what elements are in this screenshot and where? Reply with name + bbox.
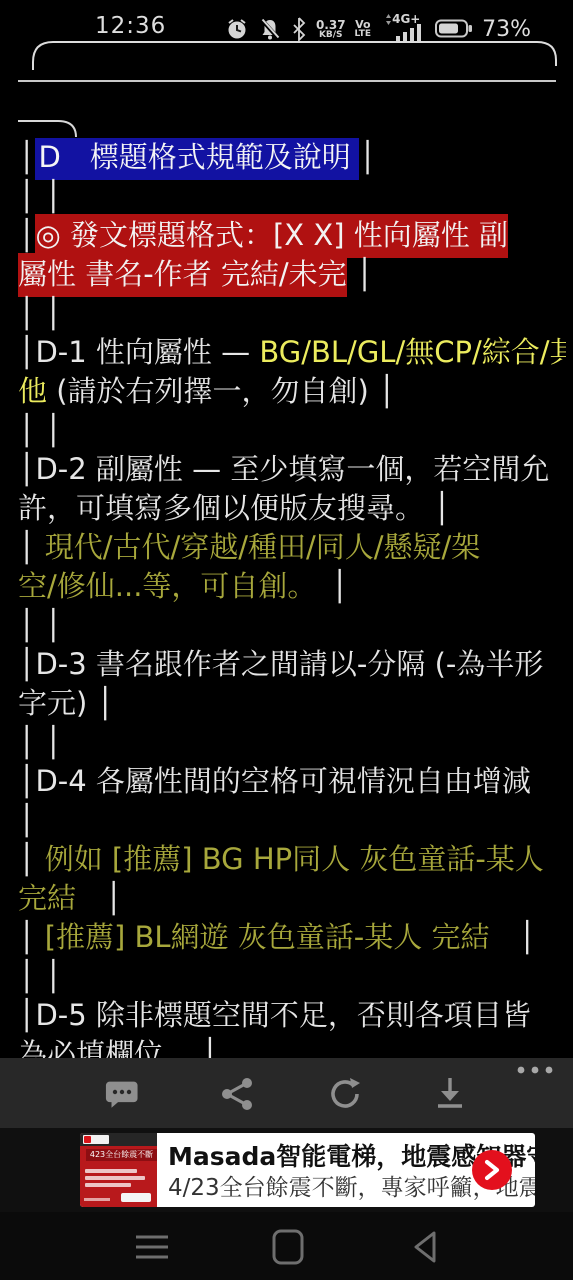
ad-thumb-badge: 423全台餘震不斷 — [86, 1149, 157, 1161]
phone-screen: 12:36 0.37 KB/S Vo — [0, 0, 573, 1280]
terminal-segment: 現代/古代/穿越/種田/同人/懸疑/架 — [45, 530, 481, 564]
more-options-icon[interactable] — [513, 1062, 557, 1078]
terminal-row: │ │ — [18, 177, 566, 216]
terminal-row: 他 (請於右列擇一，勿自創) │ — [18, 372, 566, 411]
ad-card[interactable]: 423全台餘震不斷 Masada智能電梯，地震感知器守護安全 4/23全台餘震不… — [80, 1133, 535, 1207]
terminal-segment: │ │ — [18, 608, 62, 642]
refresh-icon[interactable] — [327, 1076, 363, 1112]
terminal-segment: 他 — [18, 374, 47, 408]
ad-title: Masada智能電梯，地震感知器守護安全 — [168, 1140, 481, 1173]
terminal-segment: (請於右列擇一，勿自創) │ — [47, 374, 396, 408]
terminal-row: │D-2 副屬性 — 至少填寫一個，若空間允 — [18, 450, 566, 489]
terminal-segment: │ │ — [18, 413, 62, 447]
chevron-right-icon — [483, 1159, 501, 1181]
terminal-segment: │ — [18, 998, 35, 1032]
app-frame-border — [33, 42, 556, 70]
terminal-segment: [推薦] BL網遊 灰色童話-某人 完結 — [45, 920, 490, 954]
terminal-segment: │ │ — [18, 959, 62, 993]
android-nav-bar — [0, 1212, 573, 1280]
ad-thumb-textline — [85, 1169, 137, 1173]
terminal-segment: │ — [490, 920, 536, 954]
terminal-segment: 為必填欄位。 │ — [18, 1037, 219, 1059]
ad-banner-strip: 423全台餘震不斷 Masada智能電梯，地震感知器守護安全 4/23全台餘震不… — [0, 1128, 573, 1212]
terminal-row: 完結 │ — [18, 879, 566, 918]
ad-cta-button[interactable] — [472, 1150, 512, 1190]
terminal-row: │D-1 性向屬性 — BG/BL/GL/無CP/綜合/其 — [18, 333, 566, 372]
terminal-segment: │ — [347, 257, 374, 291]
terminal-segment: │ — [18, 647, 35, 681]
terminal-row: 為必填欄位。 │ — [18, 1035, 566, 1059]
terminal-segment: ◎ 發文標題格式：[X X] 性向屬性 副 — [35, 214, 508, 258]
terminal-row: │D 標題格式規範及說明│ — [18, 138, 566, 177]
terminal-segment: 空/修仙...等，可自創。 — [18, 569, 302, 603]
terminal-segment: 字元) │ — [18, 686, 114, 720]
terminal-segment: │ — [18, 452, 35, 486]
terminal-row: │ — [18, 801, 566, 840]
terminal-row: │◎ 發文標題格式：[X X] 性向屬性 副 — [18, 216, 566, 255]
terminal-segment: │ — [18, 842, 45, 876]
terminal-segment: D-2 副屬性 — 至少填寫一個，若空間允 — [35, 452, 549, 486]
terminal-segment: D-1 性向屬性 — — [35, 335, 259, 369]
terminal-row: │ │ — [18, 294, 566, 333]
ad-thumb-textline — [85, 1183, 131, 1187]
recent-apps-icon[interactable] — [132, 1229, 172, 1265]
terminal-row: │D-3 書名跟作者之間請以-分隔 (-為半形 — [18, 645, 566, 684]
terminal-segment: │ │ — [18, 296, 62, 330]
terminal-text: │D 標題格式規範及說明││ ││◎ 發文標題格式：[X X] 性向屬性 副屬性… — [18, 138, 566, 1059]
terminal-segment: │ — [18, 140, 35, 174]
masada-logo — [83, 1135, 109, 1144]
terminal-segment: │ — [18, 803, 35, 837]
terminal-row: │ │ — [18, 957, 566, 996]
ansi-corner-line — [18, 121, 76, 137]
ad-thumb-textline — [84, 1198, 110, 1201]
terminal-segment: D-4 各屬性間的空格可視情況自由增減 — [35, 764, 530, 798]
terminal-segment: D-5 除非標題空間不足，否則各項目皆 — [35, 998, 530, 1032]
terminal-segment: BG/BL/GL/無CP/綜合/其 — [259, 335, 566, 369]
terminal-segment: │ │ — [18, 725, 62, 759]
terminal-row: 屬性 書名-作者 完結/未完 │ — [18, 255, 566, 294]
terminal-row: │ [推薦] BL網遊 灰色童話-某人 完結 │ — [18, 918, 566, 957]
terminal-segment: 許，可填寫多個以便版友搜尋。 │ — [18, 491, 451, 525]
terminal-segment: 例如 [推薦] BG HP同人 灰色童話-某人 — [45, 842, 544, 876]
screen-frame-lines — [0, 0, 573, 140]
terminal-segment: │ │ — [18, 179, 62, 213]
home-icon[interactable] — [268, 1229, 308, 1265]
terminal-segment: │ — [76, 881, 122, 915]
terminal-row: │ │ — [18, 411, 566, 450]
terminal-row: │ 現代/古代/穿越/種田/同人/懸疑/架 — [18, 528, 566, 567]
terminal-row: │ │ — [18, 723, 566, 762]
terminal-segment: │ — [18, 920, 45, 954]
terminal-segment: 屬性 書名-作者 完結/未完 — [18, 253, 347, 297]
ad-thumbnail: 423全台餘震不斷 — [80, 1133, 157, 1207]
terminal-segment: D-3 書名跟作者之間請以-分隔 (-為半形 — [35, 647, 543, 681]
terminal-row: │D-4 各屬性間的空格可視情況自由增減 — [18, 762, 566, 801]
ad-thumb-textline — [85, 1176, 145, 1180]
ad-thumb-button — [121, 1193, 151, 1202]
terminal-row: 空/修仙...等，可自創。 │ — [18, 567, 566, 606]
terminal-row: 字元) │ — [18, 684, 566, 723]
terminal-segment: │ — [359, 140, 376, 174]
terminal-row: 許，可填寫多個以便版友搜尋。 │ — [18, 489, 566, 528]
terminal-segment: D 標題格式規範及說明 — [35, 138, 358, 180]
terminal-segment: │ — [302, 569, 348, 603]
terminal-row: │D-5 除非標題空間不足，否則各項目皆 — [18, 996, 566, 1035]
back-icon[interactable] — [406, 1229, 446, 1265]
terminal-segment: │ — [18, 335, 35, 369]
terminal-row: │ 例如 [推薦] BG HP同人 灰色童話-某人 — [18, 840, 566, 879]
terminal-segment: 完結 — [18, 881, 76, 915]
share-icon[interactable] — [219, 1076, 255, 1112]
comment-icon[interactable] — [104, 1076, 140, 1112]
terminal-row: │ │ — [18, 606, 566, 645]
action-toolbar — [0, 1058, 573, 1128]
ad-subtitle: 4/23全台餘震不斷，專家呼籲，地震後檢… — [168, 1173, 481, 1204]
terminal-segment: │ — [18, 764, 35, 798]
terminal-segment: │ — [18, 530, 45, 564]
download-icon[interactable] — [432, 1076, 468, 1112]
terminal-segment: │ — [18, 218, 35, 252]
